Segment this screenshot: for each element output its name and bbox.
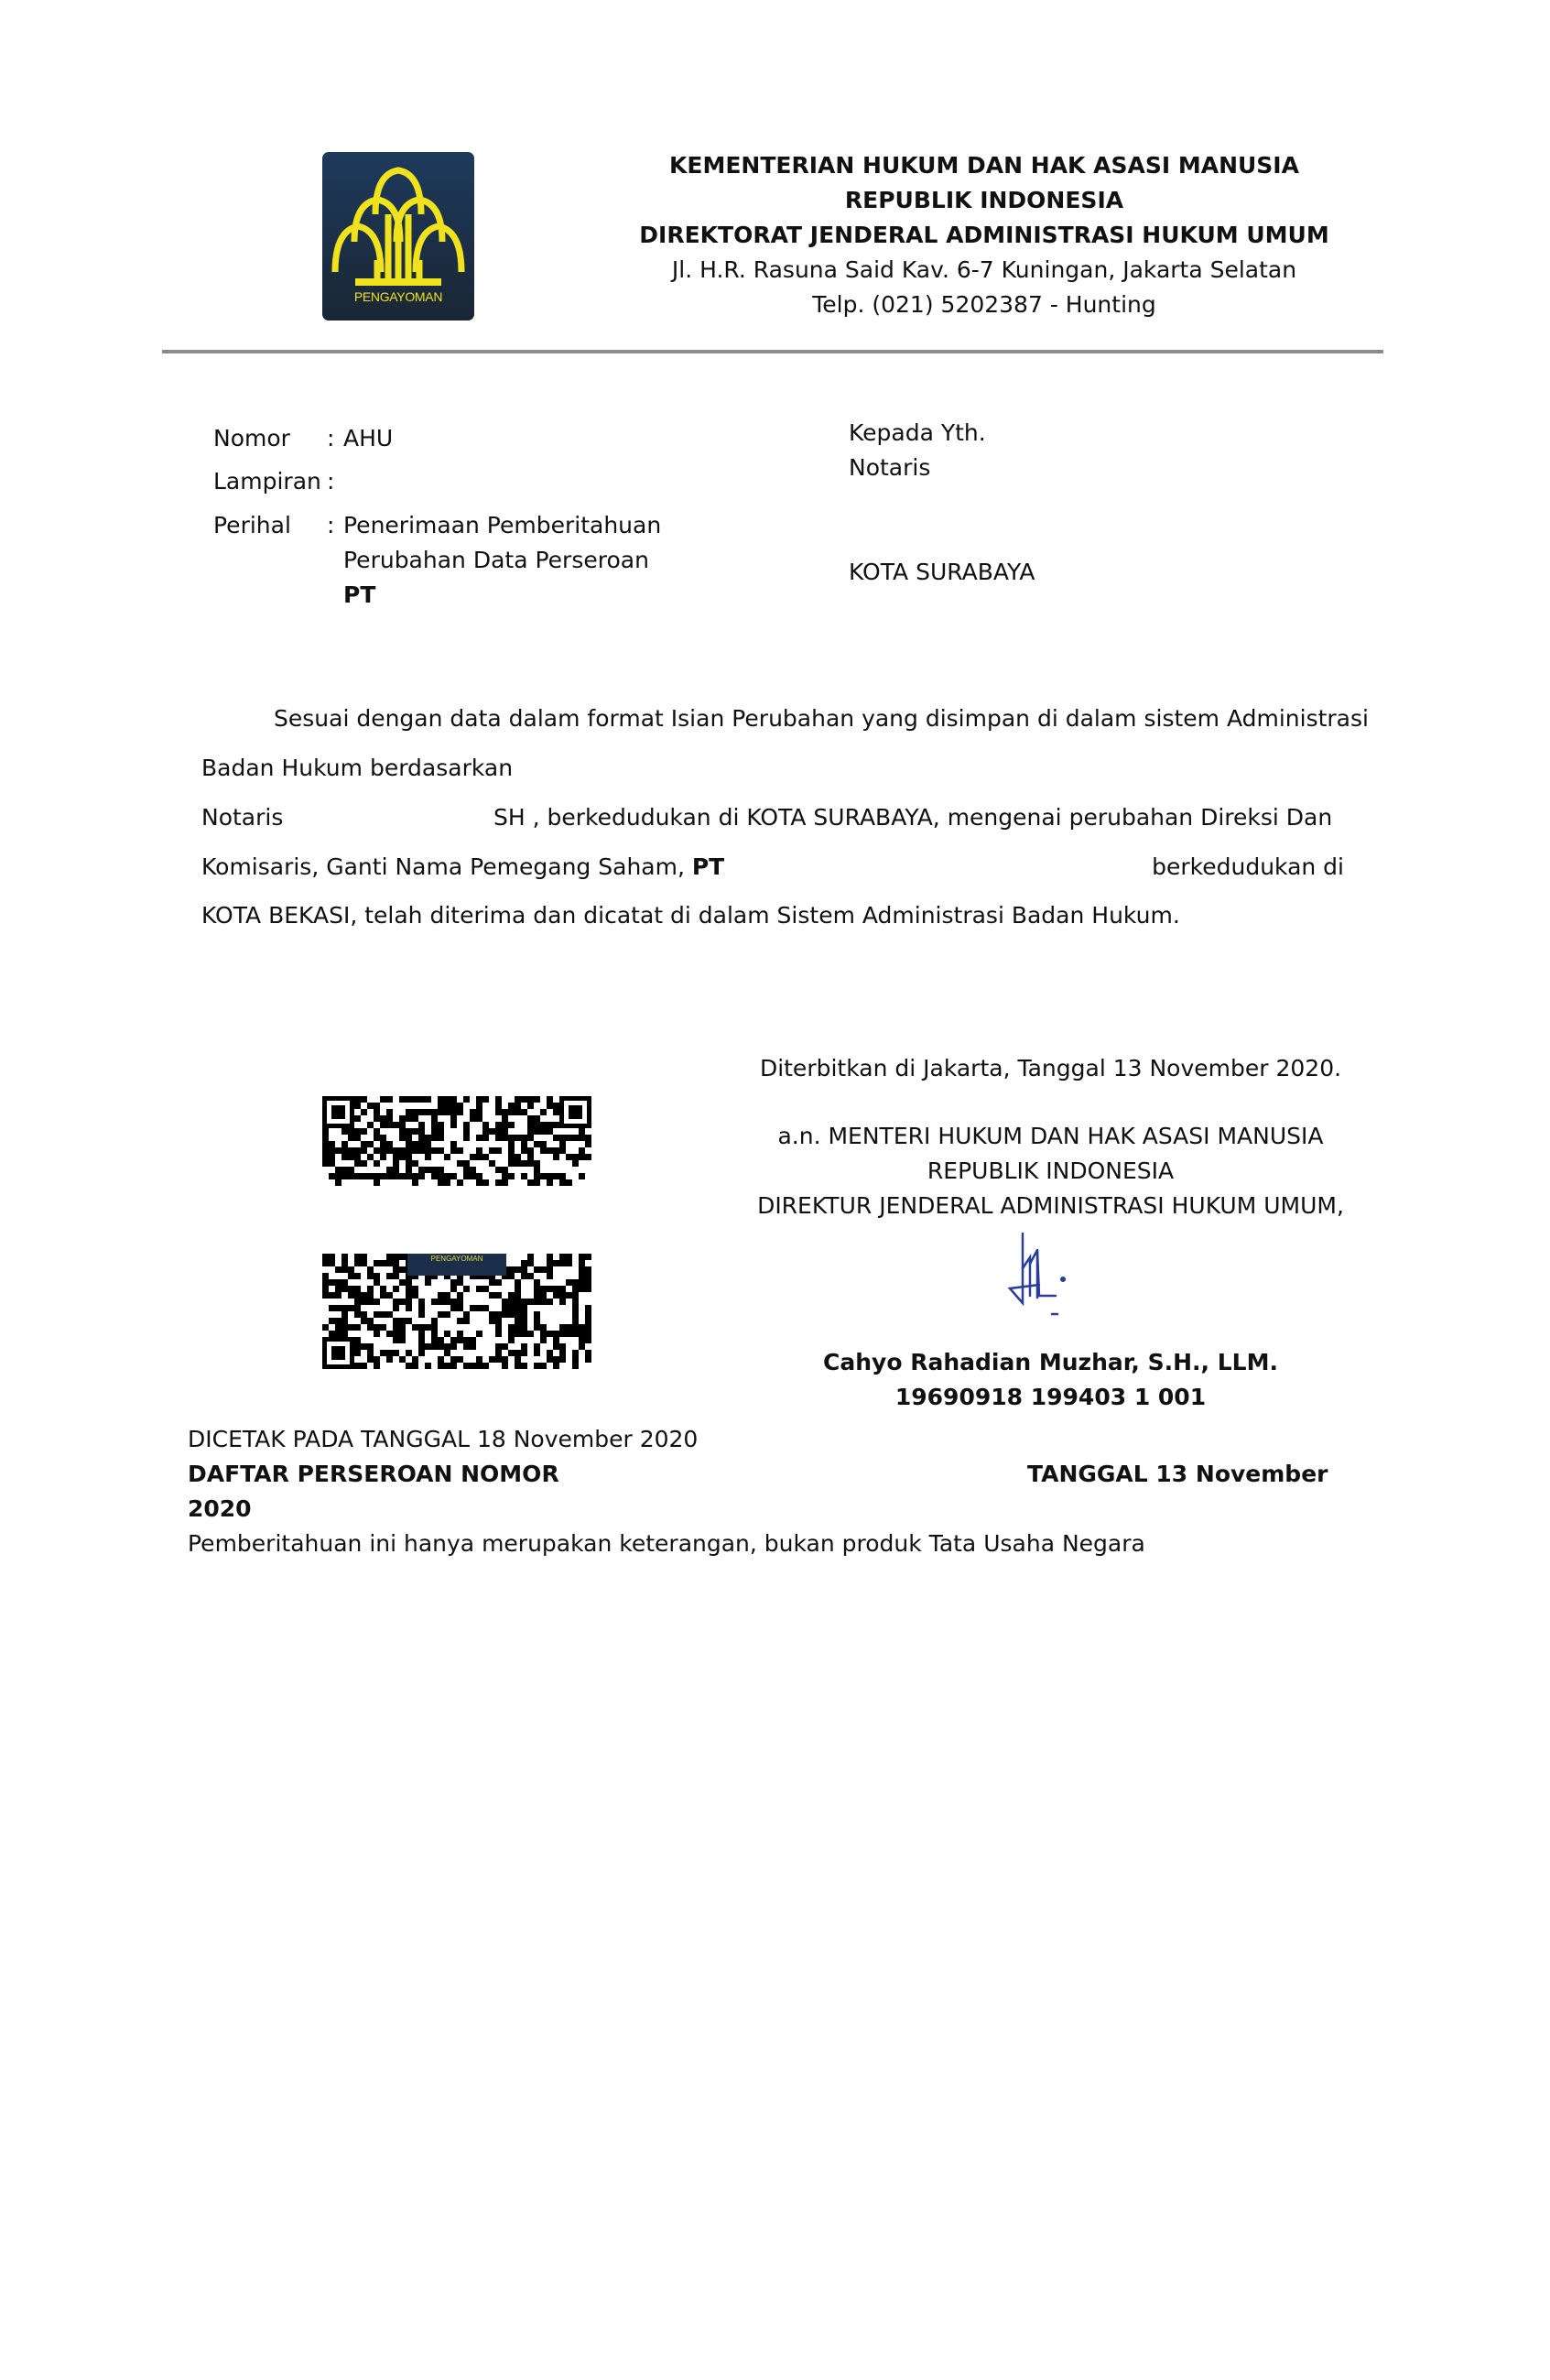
- printed-date: DICETAK PADA TANGGAL 18 November 2020: [188, 1426, 698, 1453]
- ministry-name: KEMENTERIAN HUKUM DAN HAK ASASI MANUSIA: [604, 152, 1364, 179]
- pengayoman-tree-icon: [322, 158, 474, 295]
- body-line-4: Komisaris, Ganti Nama Pemegang Saham, PT…: [201, 853, 1344, 881]
- recipient-greeting: Kepada Yth.: [849, 419, 986, 447]
- register-number: DAFTAR PERSEROAN NOMOR: [188, 1461, 559, 1488]
- perihal-line-2: Perubahan Data Perseroan: [343, 547, 649, 574]
- on-behalf-line-2: REPUBLIK INDONESIA: [751, 1157, 1350, 1185]
- lampiran-colon: :: [327, 468, 334, 495]
- register-date: TANGGAL 13 November: [1027, 1461, 1328, 1488]
- qr-code-icon: [322, 1096, 592, 1189]
- perihal-label: Perihal: [213, 512, 291, 539]
- recipient-title: Notaris: [849, 454, 930, 482]
- logo-caption: PENGAYOMAN: [322, 289, 474, 304]
- body-change-type: Komisaris, Ganti Nama Pemegang Saham,: [201, 853, 685, 880]
- qr-badge: PENGAYOMAN: [407, 1254, 506, 1276]
- perihal-line-3: PT: [343, 581, 375, 609]
- register-year: 2020: [188, 1495, 252, 1523]
- on-behalf-line-1: a.n. MENTERI HUKUM DAN HAK ASASI MANUSIA: [751, 1123, 1350, 1150]
- perihal-colon: :: [327, 512, 334, 539]
- signature-icon: [1003, 1232, 1103, 1337]
- signer-nip: 19690918 199403 1 001: [751, 1384, 1350, 1411]
- recipient-city: KOTA SURABAYA: [849, 559, 1035, 586]
- nomor-colon: :: [327, 425, 334, 452]
- nomor-value: AHU: [343, 425, 393, 452]
- perihal-line-1: Penerimaan Pemberitahuan: [343, 512, 661, 539]
- address: Jl. H.R. Rasuna Said Kav. 6-7 Kuningan, …: [604, 256, 1364, 284]
- body-line-3: Notaris SH , berkedudukan di KOTA SURABA…: [201, 804, 1344, 831]
- body-line-1: Sesuai dengan data dalam format Isian Pe…: [201, 705, 1344, 733]
- issued-date: Diterbitkan di Jakarta, Tanggal 13 Novem…: [751, 1055, 1350, 1082]
- phone: Telp. (021) 5202387 - Hunting: [604, 291, 1364, 319]
- directorate-name: DIREKTORAT JENDERAL ADMINISTRASI HUKUM U…: [604, 222, 1364, 249]
- qr-code-top: [322, 1096, 592, 1189]
- signer-name: Cahyo Rahadian Muzhar, S.H., LLM.: [751, 1349, 1350, 1376]
- body-line-2: Badan Hukum berdasarkan: [201, 755, 1344, 782]
- country-name: REPUBLIK INDONESIA: [604, 187, 1364, 214]
- header-divider: [162, 350, 1383, 353]
- qr-code-bottom: PENGAYOMAN: [322, 1254, 592, 1369]
- body-line-5: KOTA BEKASI, telah diterima dan dicatat …: [201, 902, 1344, 929]
- disclaimer: Pemberitahuan ini hanya merupakan ketera…: [188, 1530, 1145, 1558]
- nomor-label: Nomor: [213, 425, 290, 452]
- ministry-logo: PENGAYOMAN: [322, 152, 474, 321]
- body-notaris: Notaris: [201, 804, 283, 831]
- signer-position: DIREKTUR JENDERAL ADMINISTRASI HUKUM UMU…: [751, 1192, 1350, 1220]
- body-notary-detail: SH , berkedudukan di KOTA SURABAYA, meng…: [493, 804, 1332, 831]
- body-company: PT: [692, 853, 724, 880]
- lampiran-label: Lampiran: [213, 468, 321, 495]
- body-domicile-label: berkedudukan di: [1152, 853, 1344, 881]
